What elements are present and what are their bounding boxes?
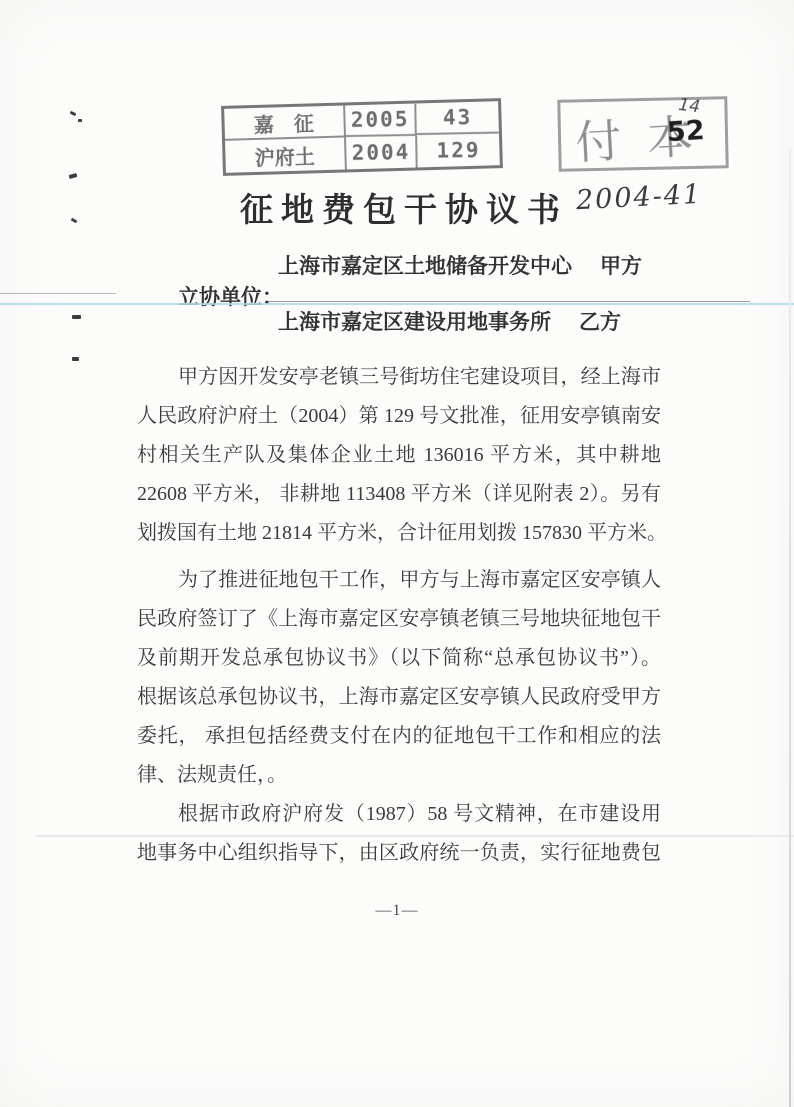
fuben-copy-stamp: 付本 14 52 xyxy=(557,96,728,172)
body-line: 村相关生产队及集体企业土地 136016 平方米，其中耕地 xyxy=(137,436,661,475)
scan-right-edge-line xyxy=(789,150,791,1107)
party-a-row: 上海市嘉定区土地储备开发中心甲方 xyxy=(278,250,642,280)
body-line: 律、法规责任，。 xyxy=(137,756,661,795)
party-b-name: 上海市嘉定区建设用地事务所 xyxy=(278,310,551,334)
paragraph-1: 甲方因开发安亭老镇三号街坊住宅建设项目，经上海市 人民政府沪府土（2004）第 … xyxy=(137,358,661,553)
scan-speck xyxy=(70,111,77,116)
parties-underline xyxy=(268,301,750,302)
body-line: 根据该总承包协议书，上海市嘉定区安亭镇人民政府受甲方 xyxy=(137,678,661,717)
scan-line-left xyxy=(0,293,116,294)
body-line: 委托， 承担包括经费支付在内的征地包干工作和相应的法 xyxy=(137,717,661,756)
stamp-row2-year: 2004 xyxy=(346,136,418,169)
body-line: 22608 平方米， 非耕地 113408 平方米（详见附表 2）。另有 xyxy=(137,475,661,514)
stamp-row2-label: 沪府土 xyxy=(225,137,346,172)
body-line: 及前期开发总承包协议书》（以下简称“总承包协议书”）。 xyxy=(137,639,661,678)
page-number: —1— xyxy=(0,902,794,920)
document-body: 甲方因开发安亭老镇三号街坊住宅建设项目，经上海市 人民政府沪府土（2004）第 … xyxy=(137,358,661,873)
body-line: 地事务中心组织指导下，由区政府统一负责，实行征地费包 xyxy=(137,834,661,873)
paragraph-3: 根据市政府沪府发（1987）58 号文精神，在市建设用 地事务中心组织指导下，由… xyxy=(137,795,661,873)
scan-crease-line xyxy=(36,835,794,837)
scan-speck xyxy=(72,315,81,319)
document-title: 征地费包干协议书 xyxy=(240,184,568,231)
party-a-role: 甲方 xyxy=(600,250,642,280)
body-line: 人民政府沪府土（2004）第 129 号文批准，征用安亭镇南安 xyxy=(137,397,661,436)
party-b-row: 上海市嘉定区建设用地事务所乙方 xyxy=(278,306,621,336)
scan-speck xyxy=(71,218,78,224)
party-a-name: 上海市嘉定区土地储备开发中心 xyxy=(278,254,572,278)
body-line: 民政府签订了《上海市嘉定区安亭镇老镇三号地块征地包干 xyxy=(137,600,661,639)
paragraph-2: 为了推进征地包干工作，甲方与上海市嘉定区安亭镇人 民政府签订了《上海市嘉定区安亭… xyxy=(137,561,661,795)
scan-speck xyxy=(69,173,78,179)
body-line: 根据市政府沪府发（1987）58 号文精神，在市建设用 xyxy=(137,795,661,834)
stamp-row1-label: 嘉 征 xyxy=(224,105,345,140)
fuben-handwritten-top: 14 xyxy=(678,95,702,117)
body-line: 为了推进征地包干工作，甲方与上海市嘉定区安亭镇人 xyxy=(137,561,661,600)
stamp-row1-year: 2005 xyxy=(345,104,417,137)
parties-label: 立协单位： xyxy=(178,281,283,311)
body-line: 甲方因开发安亭老镇三号街坊住宅建设项目，经上海市 xyxy=(137,358,661,397)
scan-speck xyxy=(78,119,82,122)
fuben-handwritten-bottom: 52 xyxy=(667,115,706,148)
stamp-row1-number: 43 xyxy=(416,102,499,135)
scan-speck xyxy=(72,357,79,361)
scanner-blue-line xyxy=(0,303,794,305)
stamp-row2-number: 129 xyxy=(417,134,500,167)
scanned-document-page: 嘉 征 2005 43 沪府土 2004 129 付本 14 52 征地费包干协… xyxy=(0,0,794,1107)
handwritten-doc-number: 2004-41 xyxy=(575,179,703,217)
body-line: 划拨国有土地 21814 平方米，合计征用划拨 157830 平方米。 xyxy=(137,514,661,553)
party-b-role: 乙方 xyxy=(579,306,621,336)
registry-number-stamp: 嘉 征 2005 43 沪府土 2004 129 xyxy=(221,98,503,176)
